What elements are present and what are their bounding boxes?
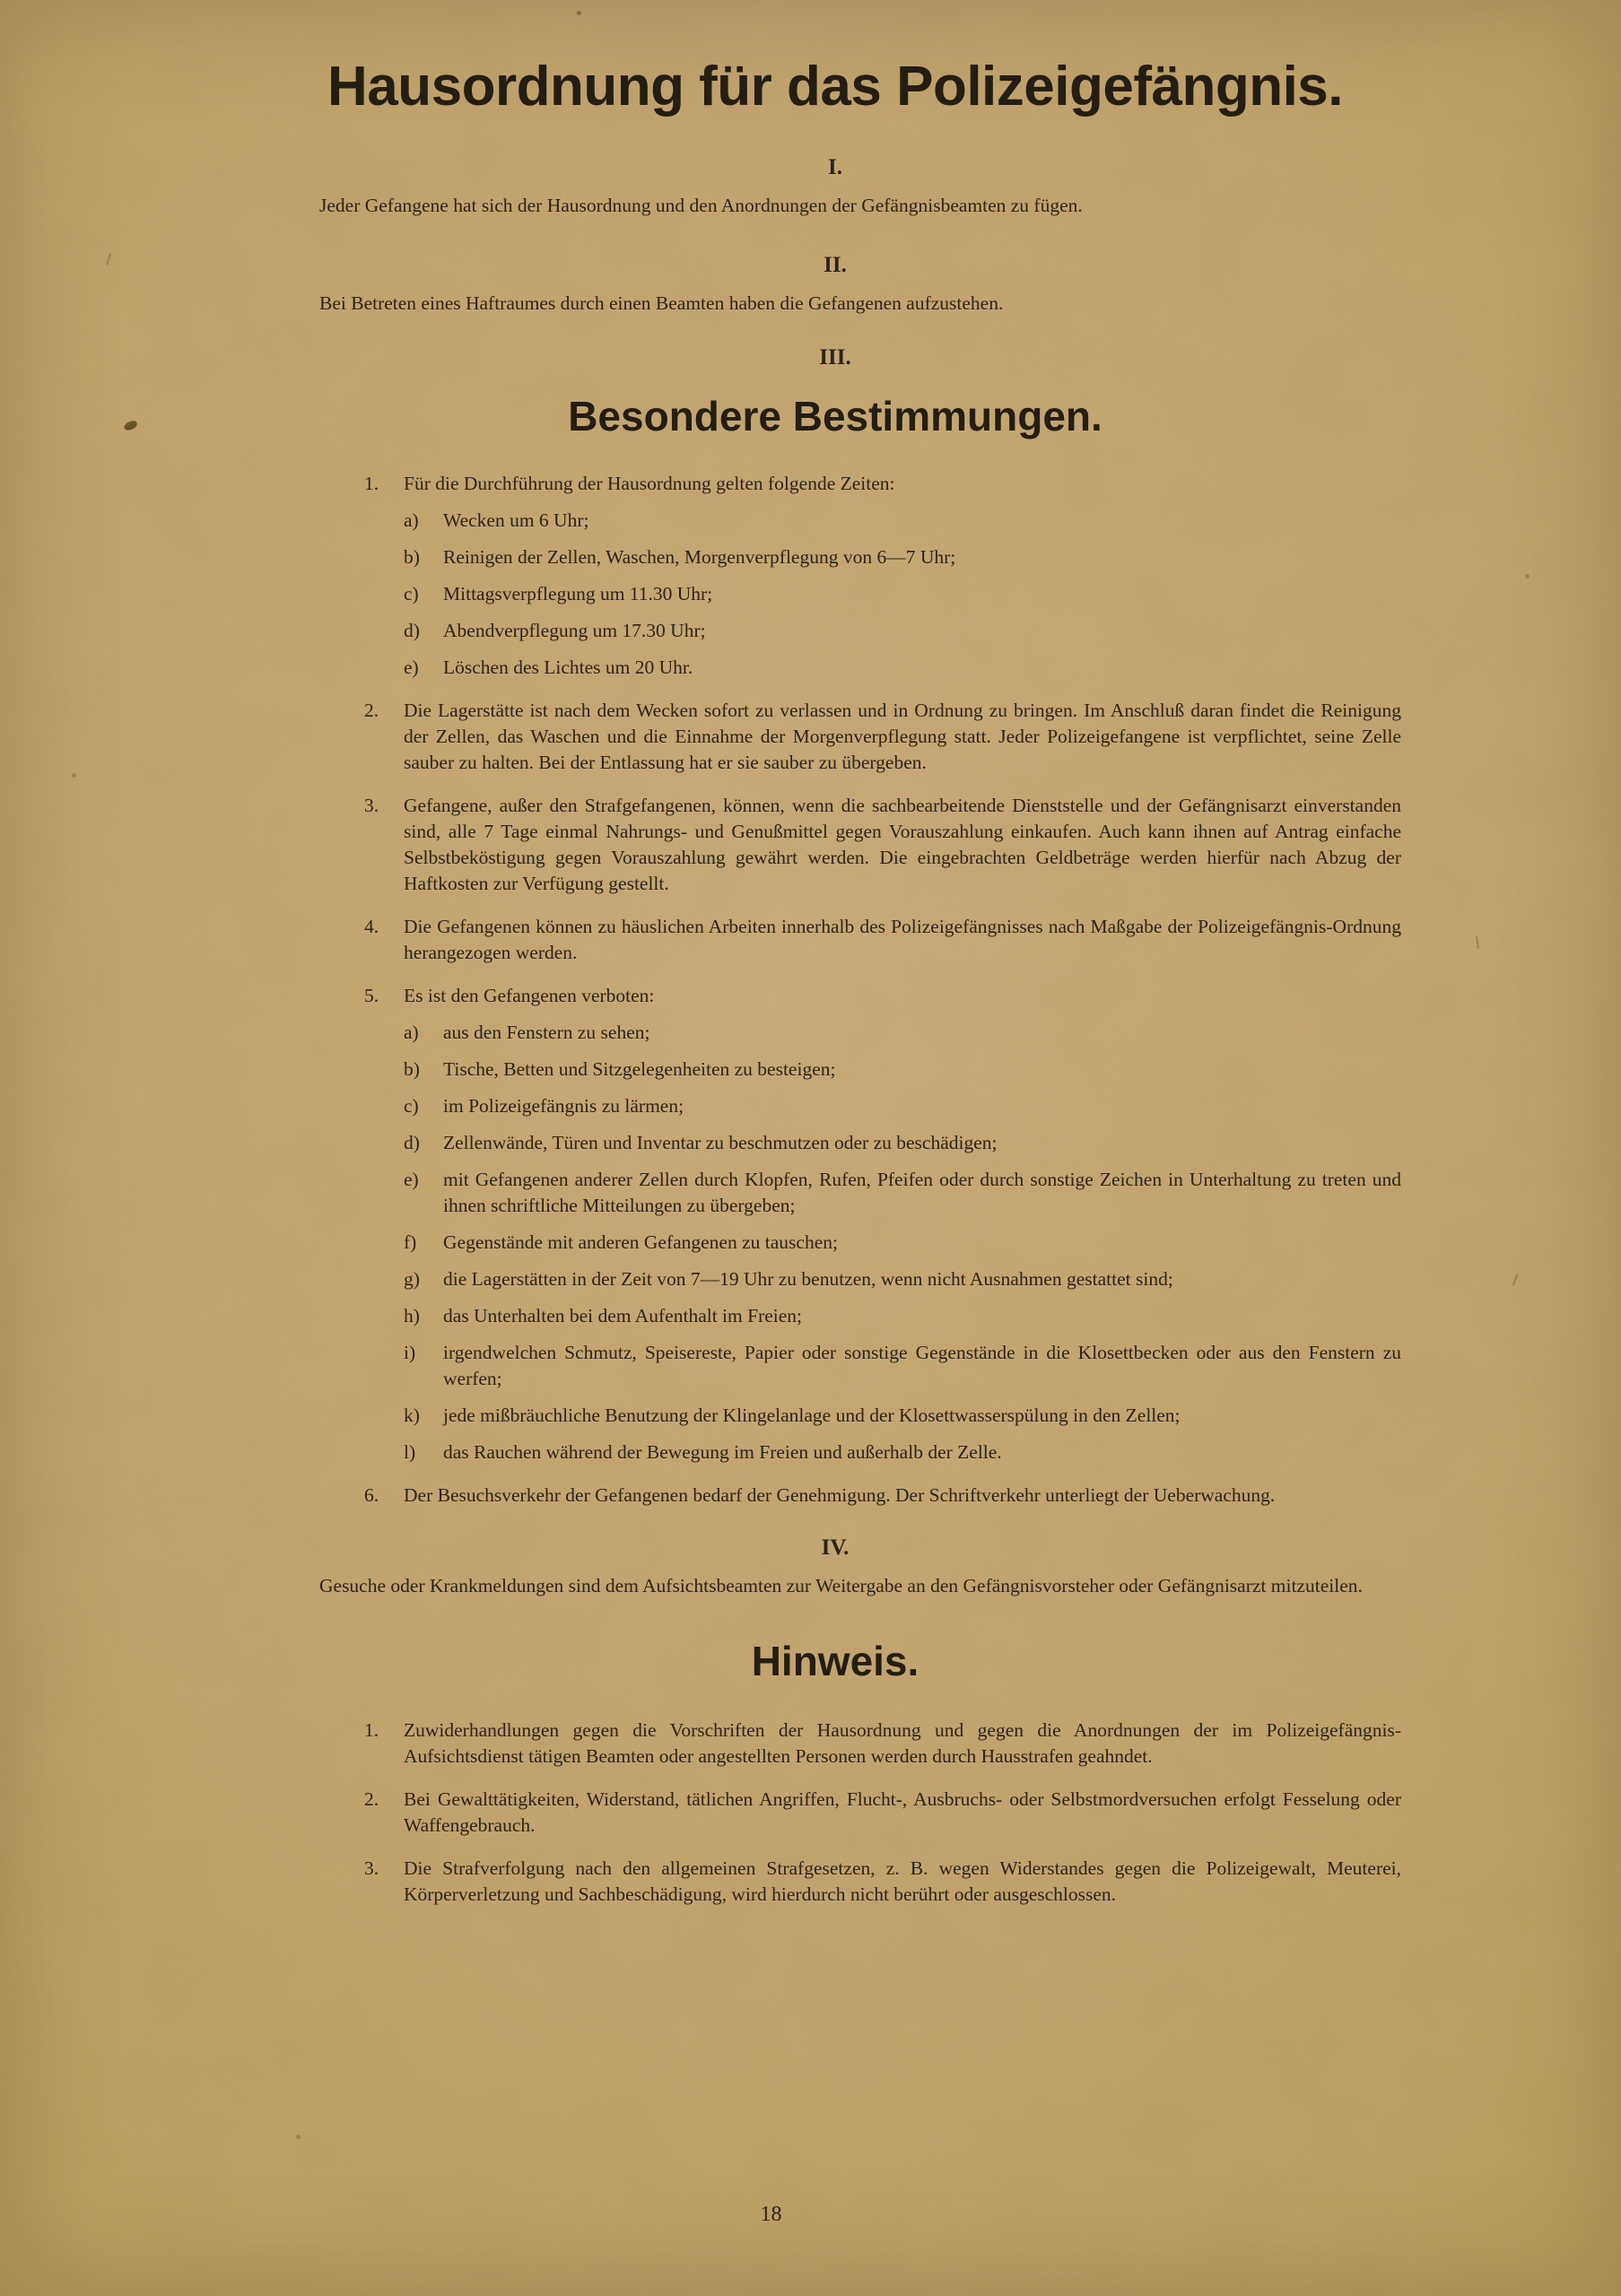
rule-number: 5. <box>364 983 404 1009</box>
sub-letter: b) <box>404 1057 443 1083</box>
sub-item: b)Reinigen der Zellen, Waschen, Morgenve… <box>404 544 1401 570</box>
rule-text: Die Gefangenen können zu häuslichen Arbe… <box>404 914 1401 966</box>
paper-speck <box>1525 574 1529 578</box>
rule-number: 3. <box>364 1856 404 1882</box>
rule-text: Die Lagerstätte ist nach dem Wecken sofo… <box>404 698 1401 776</box>
sub-letter: l) <box>404 1439 443 1465</box>
sub-text: im Polizeigefängnis zu lärmen; <box>443 1093 1401 1119</box>
rule-item: 2. Bei Gewalttätigkeiten, Widerstand, tä… <box>364 1787 1401 1839</box>
sub-text: Wecken um 6 Uhr; <box>443 508 1401 534</box>
sub-text: mit Gefangenen anderer Zellen durch Klop… <box>443 1167 1401 1219</box>
sub-letter: c) <box>404 1093 443 1119</box>
sub-item: a)aus den Fenstern zu sehen; <box>404 1020 1401 1046</box>
sub-letter: k) <box>404 1403 443 1429</box>
rule-number: 6. <box>364 1483 404 1509</box>
section-4-paragraph: Gesuche oder Krankmeldungen sind dem Auf… <box>269 1573 1401 1599</box>
sub-text: Gegenstände mit anderen Gefangenen zu ta… <box>443 1230 1401 1256</box>
section-2-paragraph: Bei Betreten eines Haftraumes durch eine… <box>269 291 1401 317</box>
rule-number: 4. <box>364 914 404 940</box>
sub-letter: d) <box>404 618 443 644</box>
sub-text: Löschen des Lichtes um 20 Uhr. <box>443 655 1401 681</box>
rule-number: 1. <box>364 1718 404 1744</box>
sub-item: c)im Polizeigefängnis zu lärmen; <box>404 1093 1401 1119</box>
rule-item: 3. Die Strafverfolgung nach den allgemei… <box>364 1856 1401 1908</box>
sub-item: b)Tische, Betten und Sitzgelegenheiten z… <box>404 1057 1401 1083</box>
sub-letter: i) <box>404 1340 443 1366</box>
ink-blot <box>123 420 138 431</box>
rule-number: 3. <box>364 793 404 819</box>
sub-letter: d) <box>404 1130 443 1156</box>
sub-item: g)die Lagerstätten in der Zeit von 7—19 … <box>404 1266 1401 1292</box>
rule-text: Zuwiderhandlungen gegen die Vorschriften… <box>404 1718 1401 1770</box>
sub-letter: g) <box>404 1266 443 1292</box>
sub-letter: b) <box>404 544 443 570</box>
section-1-numeral: I. <box>269 155 1401 180</box>
rule-item: 1. Zuwiderhandlungen gegen die Vorschrif… <box>364 1718 1401 1770</box>
sub-letter: f) <box>404 1230 443 1256</box>
page-number: 18 <box>761 2203 782 2227</box>
sub-text: aus den Fenstern zu sehen; <box>443 1020 1401 1046</box>
stray-mark <box>106 253 111 265</box>
page-title: Hausordnung für das Polizeigefängnis. <box>269 57 1401 116</box>
sub-text: die Lagerstätten in der Zeit von 7—19 Uh… <box>443 1266 1401 1292</box>
section-2-numeral: II. <box>269 253 1401 278</box>
rule-text: Bei Gewalttätigkeiten, Widerstand, tätli… <box>404 1787 1401 1839</box>
besondere-bestimmungen-heading: Besondere Bestimmungen. <box>269 392 1401 440</box>
rule-item: 4. Die Gefangenen können zu häuslichen A… <box>364 914 1401 966</box>
rule-text: Gefangene, außer den Strafgefangenen, kö… <box>404 793 1401 897</box>
sub-item: c)Mittagsverpflegung um 11.30 Uhr; <box>404 581 1401 607</box>
sub-item: i)irgendwelchen Schmutz, Speisereste, Pa… <box>404 1340 1401 1392</box>
sub-letter: e) <box>404 655 443 681</box>
sub-item: f)Gegenstände mit anderen Gefangenen zu … <box>404 1230 1401 1256</box>
rule-text: Für die Durchführung der Hausordnung gel… <box>404 471 1401 497</box>
document-content: Hausordnung für das Polizeigefängnis. I.… <box>269 0 1401 1908</box>
sub-text: Mittagsverpflegung um 11.30 Uhr; <box>443 581 1401 607</box>
stray-mark <box>1476 936 1479 949</box>
sub-text: Zellenwände, Türen und Inventar zu besch… <box>443 1130 1401 1156</box>
sub-list: a)aus den Fenstern zu sehen; b)Tische, B… <box>404 1020 1401 1465</box>
sub-item: e)mit Gefangenen anderer Zellen durch Kl… <box>404 1167 1401 1219</box>
sub-text: jede mißbräuchliche Benutzung der Klinge… <box>443 1403 1401 1429</box>
sub-letter: h) <box>404 1303 443 1329</box>
sub-text: Abendverpflegung um 17.30 Uhr; <box>443 618 1401 644</box>
paper-speck <box>296 2135 301 2139</box>
rule-item: 6. Der Besuchsverkehr der Gefangenen bed… <box>364 1483 1401 1509</box>
sub-letter: e) <box>404 1167 443 1193</box>
sub-item: d)Abendverpflegung um 17.30 Uhr; <box>404 618 1401 644</box>
rule-text: Die Strafverfolgung nach den allgemeinen… <box>404 1856 1401 1908</box>
rule-number: 2. <box>364 698 404 724</box>
hinweis-rules-list: 1. Zuwiderhandlungen gegen die Vorschrif… <box>269 1718 1401 1908</box>
rule-text: Es ist den Gefangenen verboten: <box>404 983 1401 1009</box>
section-1-paragraph: Jeder Gefangene hat sich der Hausordnung… <box>269 193 1401 219</box>
rule-item: 3. Gefangene, außer den Strafgefangenen,… <box>364 793 1401 897</box>
sub-text: das Rauchen während der Bewegung im Frei… <box>443 1439 1401 1465</box>
sub-letter: a) <box>404 508 443 534</box>
section-4-numeral: IV. <box>269 1535 1401 1561</box>
rule-number: 1. <box>364 471 404 497</box>
scanned-document-page: Hausordnung für das Polizeigefängnis. I.… <box>0 0 1621 2296</box>
sub-letter: c) <box>404 581 443 607</box>
sub-text: Reinigen der Zellen, Waschen, Morgenverp… <box>443 544 1401 570</box>
sub-list: a)Wecken um 6 Uhr; b)Reinigen der Zellen… <box>404 508 1401 681</box>
sub-item: k)jede mißbräuchliche Benutzung der Klin… <box>404 1403 1401 1429</box>
sub-text: Tische, Betten und Sitzgelegenheiten zu … <box>443 1057 1401 1083</box>
sub-item: l)das Rauchen während der Bewegung im Fr… <box>404 1439 1401 1465</box>
hinweis-heading: Hinweis. <box>269 1637 1401 1685</box>
section-3-numeral: III. <box>269 345 1401 370</box>
sub-item: e)Löschen des Lichtes um 20 Uhr. <box>404 655 1401 681</box>
sub-item: a)Wecken um 6 Uhr; <box>404 508 1401 534</box>
sub-text: das Unterhalten bei dem Aufenthalt im Fr… <box>443 1303 1401 1329</box>
sub-text: irgendwelchen Schmutz, Speisereste, Papi… <box>443 1340 1401 1392</box>
besondere-rules-list: 1. Für die Durchführung der Hausordnung … <box>269 471 1401 1509</box>
paper-speck <box>72 773 76 778</box>
sub-item: d)Zellenwände, Türen und Inventar zu bes… <box>404 1130 1401 1156</box>
rule-text: Der Besuchsverkehr der Gefangenen bedarf… <box>404 1483 1401 1509</box>
rule-item: 2. Die Lagerstätte ist nach dem Wecken s… <box>364 698 1401 776</box>
sub-letter: a) <box>404 1020 443 1046</box>
sub-item: h)das Unterhalten bei dem Aufenthalt im … <box>404 1303 1401 1329</box>
stray-mark <box>1512 1274 1518 1286</box>
rule-item: 1. Für die Durchführung der Hausordnung … <box>364 471 1401 681</box>
rule-number: 2. <box>364 1787 404 1813</box>
rule-item: 5. Es ist den Gefangenen verboten: a)aus… <box>364 983 1401 1465</box>
